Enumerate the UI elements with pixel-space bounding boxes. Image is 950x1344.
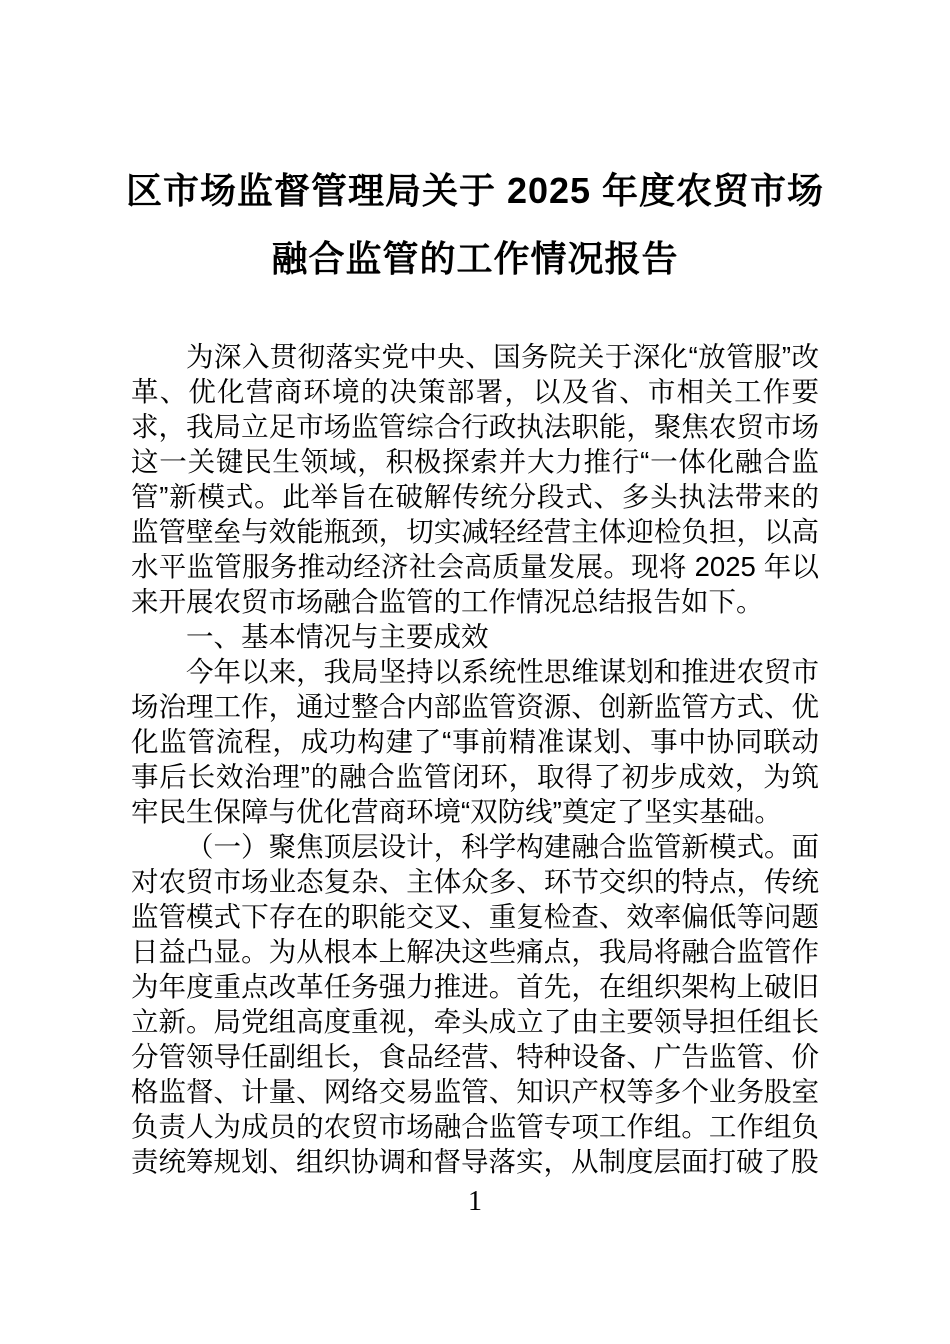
document-body: 为深入贯彻落实党中央、国务院关于深化“放管服”改革、优化营商环境的决策部署，以及…	[131, 339, 819, 1179]
document-title: 区市场监督管理局关于 2025 年度农贸市场 融合监管的工作情况报告	[0, 0, 950, 293]
section-heading-1: 一、基本情况与主要成效	[131, 619, 819, 654]
document-page: 区市场监督管理局关于 2025 年度农贸市场 融合监管的工作情况报告 为深入贯彻…	[0, 0, 950, 1344]
page-number: 1	[0, 1186, 950, 1218]
paragraph-intro: 为深入贯彻落实党中央、国务院关于深化“放管服”改革、优化营商环境的决策部署，以及…	[131, 339, 819, 619]
paragraph-overview: 今年以来，我局坚持以系统性思维谋划和推进农贸市场治理工作，通过整合内部监管资源、…	[131, 654, 819, 829]
paragraph-subsection-1: （一）聚焦顶层设计，科学构建融合监管新模式。面对农贸市场业态复杂、主体众多、环节…	[131, 829, 819, 1179]
document-title-line-2: 融合监管的工作情况报告	[0, 225, 950, 293]
document-title-line-1: 区市场监督管理局关于 2025 年度农贸市场	[0, 157, 950, 225]
